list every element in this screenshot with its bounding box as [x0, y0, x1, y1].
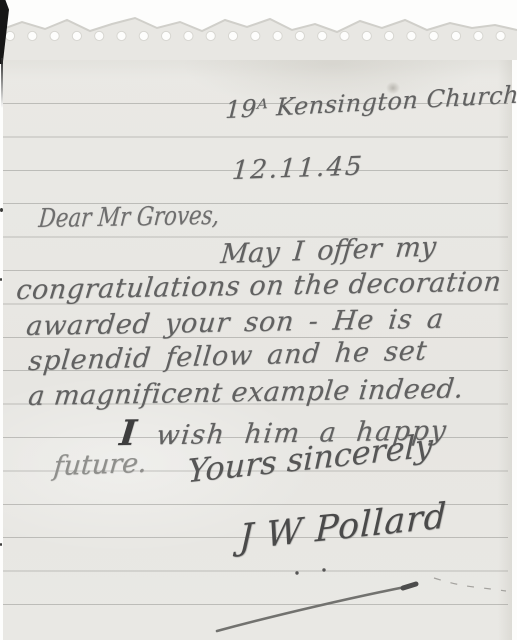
punch-hole	[139, 31, 148, 40]
punch-hole	[407, 31, 416, 40]
punch-hole	[273, 31, 282, 40]
letter-scan: 19ᴬ Kensington Church 12.11.45 Dear Mr G…	[0, 0, 517, 640]
punch-hole	[206, 31, 215, 40]
punch-hole	[451, 31, 460, 40]
punch-hole	[318, 31, 327, 40]
punch-hole	[496, 31, 505, 40]
body-line: future.	[52, 448, 148, 482]
punch-hole	[184, 31, 193, 40]
punch-hole	[162, 31, 171, 40]
punch-hole	[5, 31, 14, 40]
punch-hole	[72, 31, 81, 40]
punch-hole	[28, 31, 37, 40]
scan-speck	[0, 543, 2, 546]
punch-hole	[117, 31, 126, 40]
punch-hole	[228, 31, 237, 40]
punch-hole	[385, 31, 394, 40]
punch-hole	[340, 31, 349, 40]
date-line: 12.11.45	[231, 151, 365, 186]
punch-hole	[251, 31, 260, 40]
salutation-line: Dear Mr Groves,	[37, 201, 220, 234]
punch-hole	[50, 31, 59, 40]
punch-hole	[95, 31, 104, 40]
scan-speck	[0, 208, 3, 212]
scan-speck	[0, 278, 2, 281]
punch-hole	[362, 31, 371, 40]
punch-hole	[295, 31, 304, 40]
punch-hole	[474, 31, 483, 40]
punch-hole	[429, 31, 438, 40]
torn-edge	[0, 0, 517, 60]
scan-artifact-edge	[1, 58, 3, 108]
